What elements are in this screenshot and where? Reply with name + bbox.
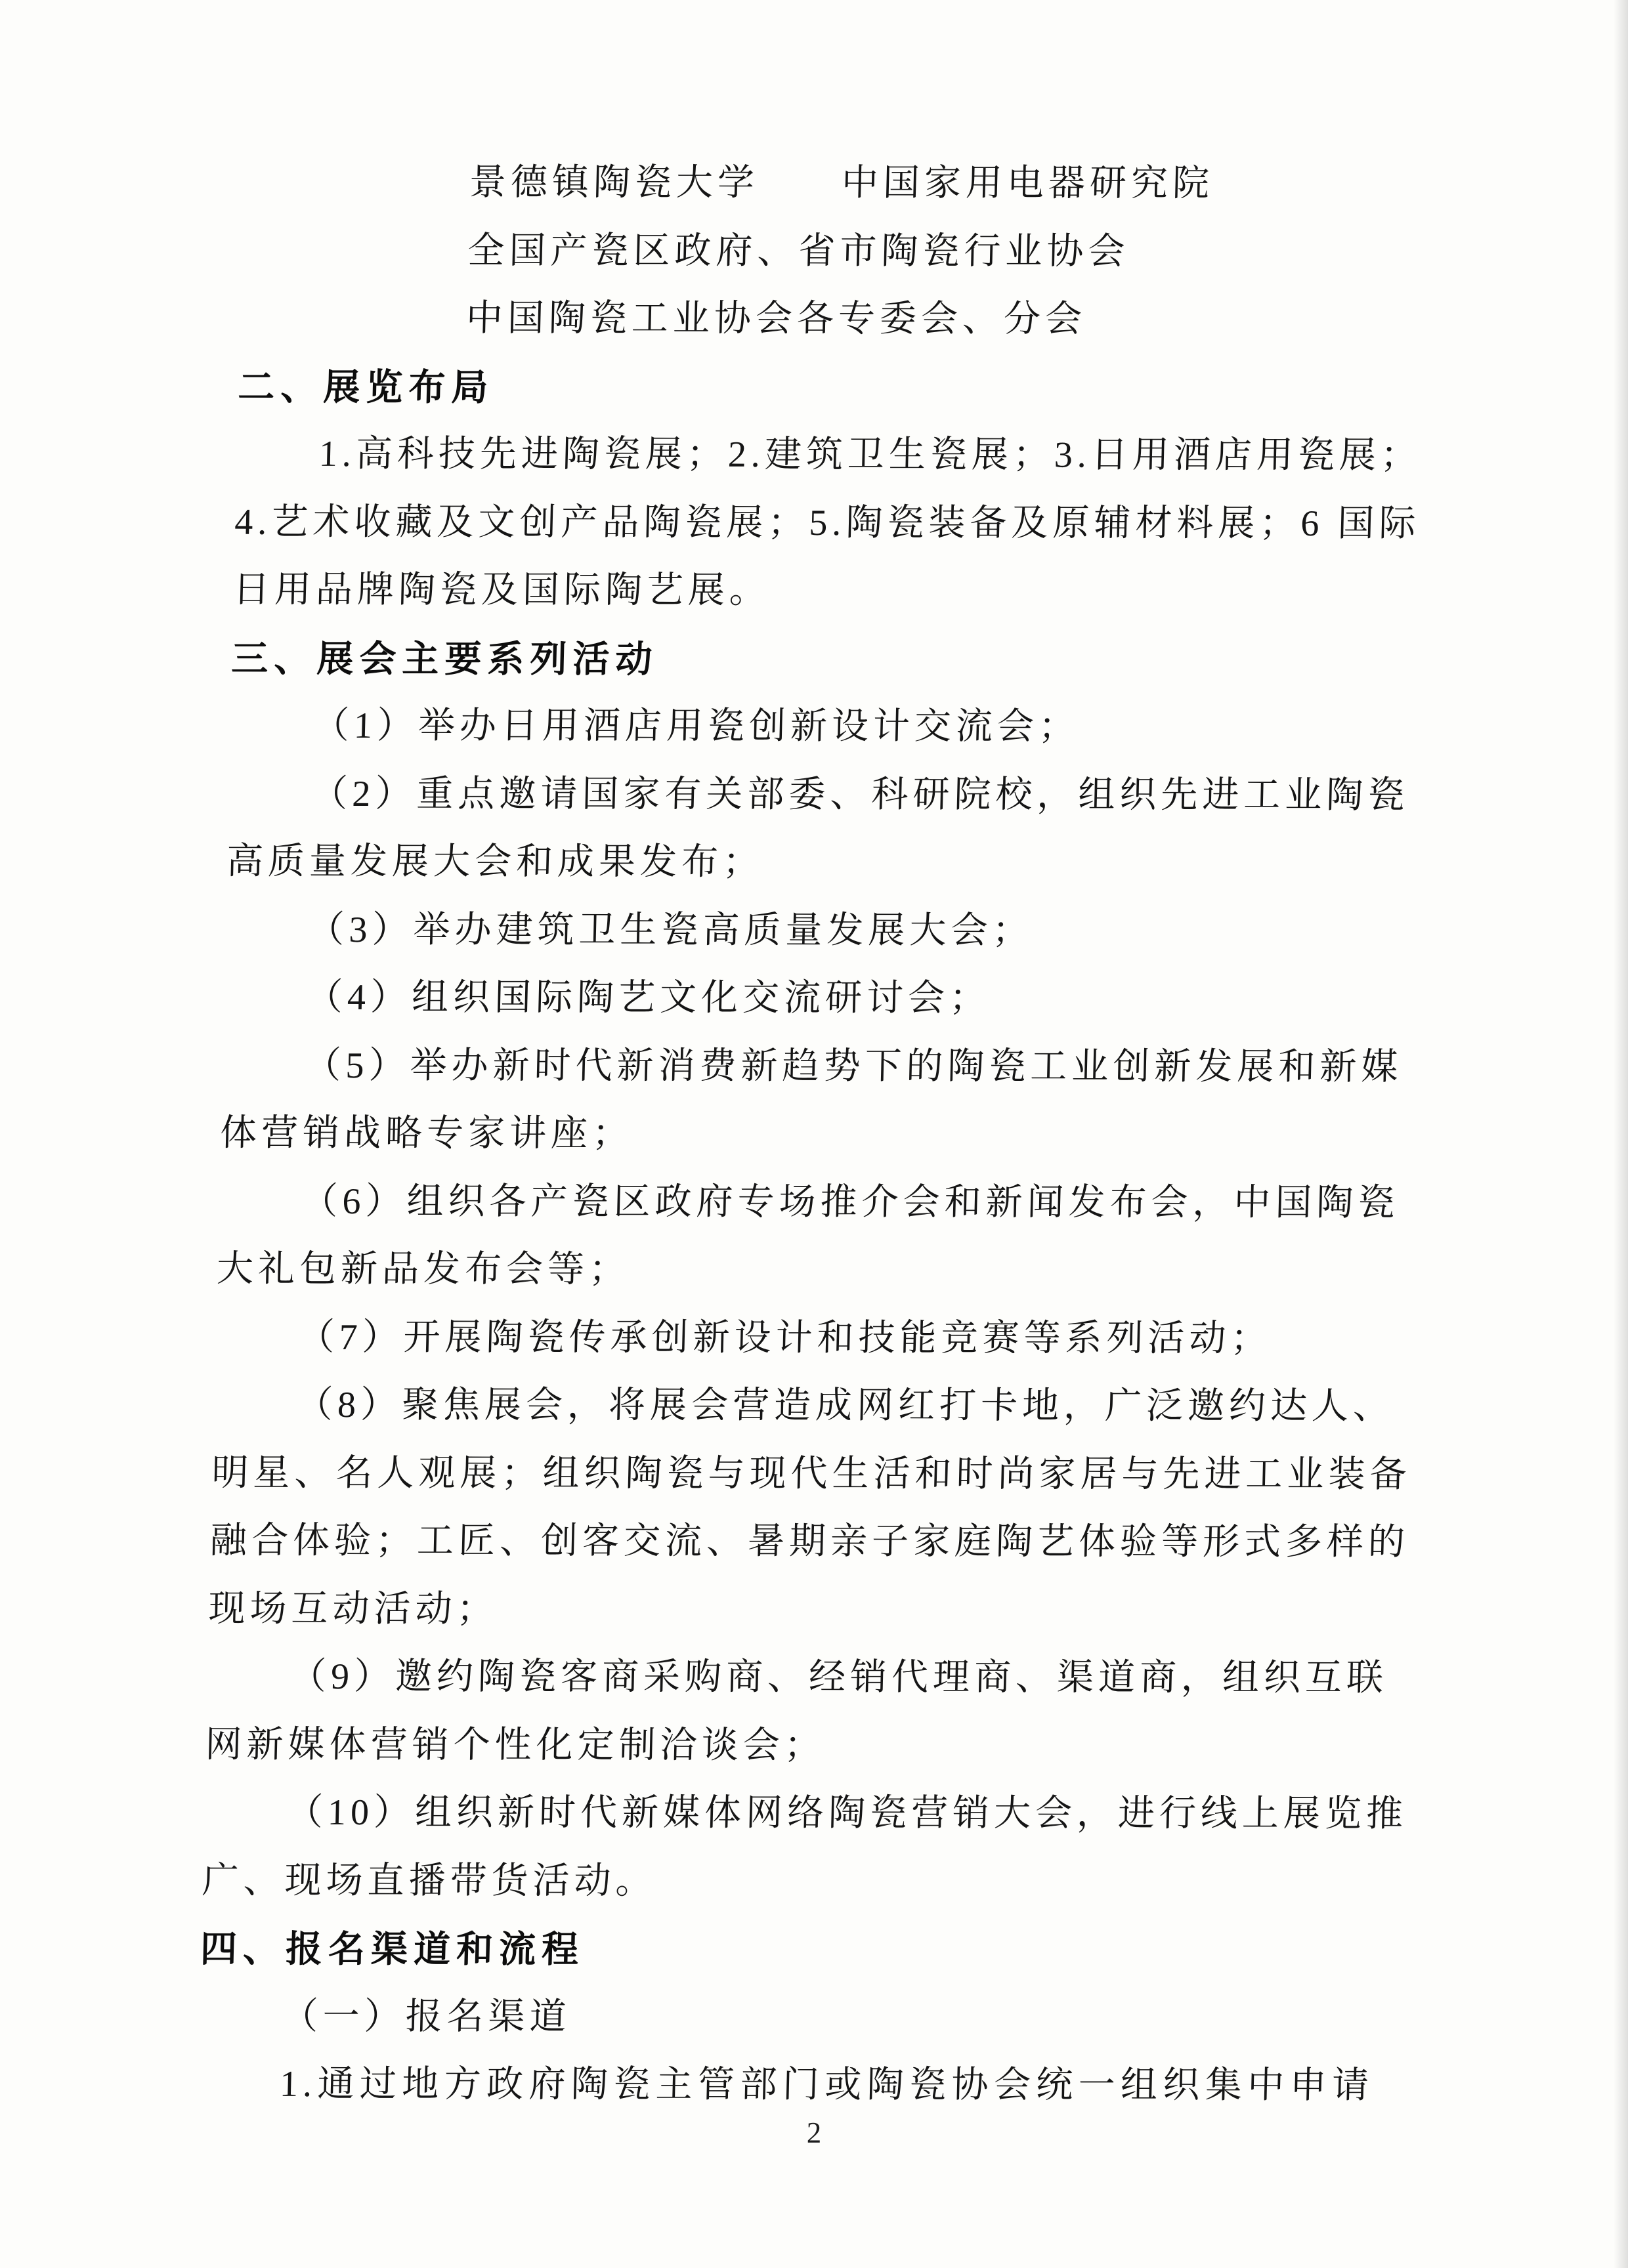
org-line: 中国陶瓷工业协会各专委会、分会 bbox=[239, 285, 1417, 354]
page-number: 2 bbox=[0, 2116, 1628, 2150]
list-item: （2）重点邀请国家有关部委、科研院校，组织先进工业陶瓷 bbox=[227, 760, 1405, 829]
text-line: 体营销战略专家讲座； bbox=[219, 1100, 1397, 1169]
list-item: （10）组织新时代新媒体网络陶瓷营销大会，进行线上展览推 bbox=[203, 1779, 1381, 1849]
list-item: （4）组织国际陶艺文化交流研讨会； bbox=[223, 964, 1400, 1034]
org-line: 景德镇陶瓷大学 中国家用电器研究院 bbox=[242, 149, 1420, 219]
text-line: 明星、名人观展；组织陶瓷与现代生活和时尚家居与先进工业装备 bbox=[211, 1439, 1388, 1509]
list-item: （6）组织各产瓷区政府专场推介会和新闻发布会，中国陶瓷 bbox=[217, 1167, 1395, 1237]
text-line: 大礼包新品发布会等； bbox=[216, 1236, 1394, 1305]
list-item: （9）邀约陶瓷客商采购商、经销代理商、渠道商，组织互联 bbox=[206, 1643, 1384, 1713]
text-line: 广、现场直播带货活动。 bbox=[201, 1847, 1379, 1916]
list-item: （8）聚焦展会，将展会营造成网红打卡地，广泛邀约达人、 bbox=[213, 1372, 1390, 1441]
list-item: （1）举办日用酒店用瓷创新设计交流会； bbox=[229, 692, 1407, 762]
sub-heading: （一）报名渠道 bbox=[198, 1983, 1375, 2052]
section-heading-3: 三、展会主要系列活动 bbox=[230, 624, 1408, 694]
section-heading-4: 四、报名渠道和流程 bbox=[200, 1915, 1377, 1984]
list-item: （5）举办新时代新消费新趋势下的陶瓷工业创新发展和新媒 bbox=[221, 1032, 1398, 1101]
document-page: 景德镇陶瓷大学 中国家用电器研究院 全国产瓷区政府、省市陶瓷行业协会 中国陶瓷工… bbox=[0, 0, 1628, 2268]
text-line: 1.高科技先进陶瓷展；2.建筑卫生瓷展；3.日用酒店用瓷展； bbox=[236, 421, 1413, 490]
text-line: 1.通过地方政府陶瓷主管部门或陶瓷协会统一组织集中申请 bbox=[196, 2051, 1374, 2120]
org-line: 全国产瓷区政府、省市陶瓷行业协会 bbox=[240, 217, 1418, 286]
list-item: （7）开展陶瓷传承创新设计和技能竞赛等系列活动； bbox=[214, 1303, 1392, 1373]
text-line: 网新媒体营销个性化定制洽谈会； bbox=[204, 1711, 1382, 1780]
text-line: 日用品牌陶瓷及国际陶艺展。 bbox=[232, 556, 1410, 626]
text-line: 融合体验；工匠、创客交流、暑期亲子家庭陶艺体验等形式多样的 bbox=[209, 1507, 1387, 1577]
list-item: （3）举办建筑卫生瓷高质量发展大会； bbox=[224, 896, 1402, 965]
scan-edge-shadow bbox=[1614, 0, 1628, 2268]
section-heading-2: 二、展览布局 bbox=[237, 352, 1415, 422]
document-body: 景德镇陶瓷大学 中国家用电器研究院 全国产瓷区政府、省市陶瓷行业协会 中国陶瓷工… bbox=[196, 149, 1420, 2120]
text-line: 高质量发展大会和成果发布； bbox=[226, 828, 1403, 898]
text-line: 4.艺术收藏及文创产品陶瓷展；5.陶瓷装备及原辅材料展；6 国际 bbox=[234, 488, 1411, 558]
text-line: 现场互动活动； bbox=[207, 1575, 1385, 1645]
